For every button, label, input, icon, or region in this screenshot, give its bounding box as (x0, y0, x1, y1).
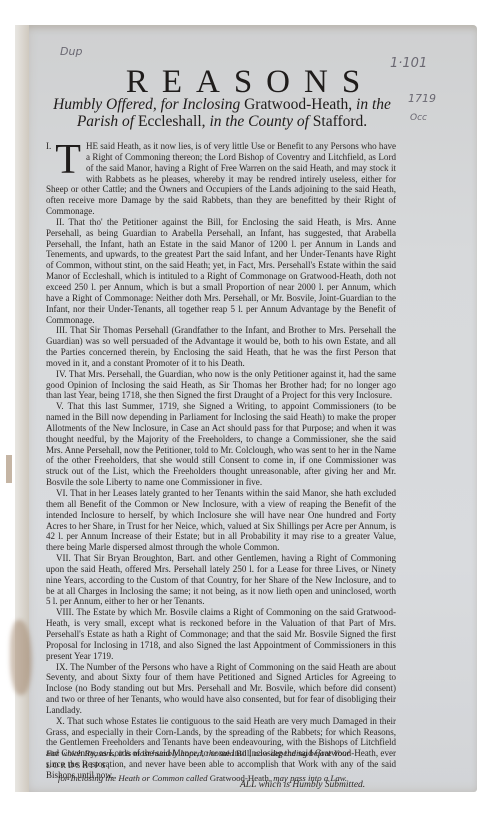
closing-text: now depending before Your (254, 748, 350, 758)
submitted-line: ALL which is Humbly Submitted. (240, 780, 365, 790)
subtitle-place-stafford: Stafford. (313, 113, 367, 130)
document-body: I. T HE said Heath, as it now lies, is o… (46, 141, 396, 781)
drop-cap: T (55, 143, 81, 177)
paragraph-number: V. (56, 401, 64, 411)
paragraph-text: That this last Summer, 1719, she Signed … (46, 401, 396, 487)
paragraph-number: VII. (56, 553, 71, 563)
paragraph-text: HE said Heath, as it now lies, is of ver… (46, 141, 396, 216)
subtitle-part: in the (356, 96, 391, 113)
paragraph-1: I. T HE said Heath, as it now lies, is o… (46, 141, 396, 217)
paragraph-3: III. That Sir Thomas Persehall (Grandfat… (46, 325, 396, 368)
paragraph-number: II. (56, 217, 64, 227)
paragraph-6: VI. That in her Leases lately granted to… (46, 488, 396, 553)
paragraph-2: II. That tho' the Petitioner against the… (46, 217, 396, 325)
closing-lordships: LORDSHIPS, (46, 761, 112, 770)
paragraph-number: VIII. (56, 607, 74, 617)
paragraph-8: VIII. The Estate by which Mr. Bosvile cl… (46, 607, 396, 661)
paragraph-number: IV. (56, 369, 67, 379)
subtitle-part: in the County of (209, 113, 308, 130)
margin-note-occ: Occ (410, 113, 427, 123)
paragraph-number: III. (56, 325, 67, 335)
paragraph-text: The Estate by which Mr. Bosvile claims a… (46, 607, 396, 660)
closing-text: For which Reasons, it is most humbly hop… (46, 748, 234, 758)
paragraph-7: VII. That Sir Bryan Broughton, Bart. and… (46, 553, 396, 607)
paragraph-number: X. (56, 716, 65, 726)
margin-note-dup: Dup (60, 45, 82, 58)
paragraph-number: IX. (56, 662, 68, 672)
subtitle-line-1: Humbly Offered, for Inclosing Gratwood-H… (48, 96, 396, 113)
closing-prayer: For which Reasons, it is most humbly hop… (46, 747, 396, 784)
paragraph-text: That Sir Bryan Broughton, Bart. and othe… (46, 553, 396, 606)
subtitle-place-eccleshall: Eccleshall, (138, 113, 206, 130)
closing-line-1: For which Reasons, it is most humbly hop… (46, 747, 396, 772)
paragraph-text: That in her Leases lately granted to her… (46, 488, 396, 552)
subtitle-part: Humbly Offered, for Inclosing (53, 96, 240, 113)
paper-tear (6, 455, 12, 483)
paragraph-text: That Mrs. Persehall, the Guardian, who n… (46, 369, 396, 401)
paragraph-text: That tho' the Petitioner against the Bil… (46, 217, 396, 325)
paragraph-text: That Sir Thomas Persehall (Grandfather t… (46, 325, 396, 368)
closing-bill: Bill, (236, 748, 251, 758)
paragraph-number: VI. (56, 488, 68, 498)
closing-text: for Inclosing the Heath or Common called (58, 773, 208, 783)
subtitle-line-2: Parish of Eccleshall, in the County of S… (48, 113, 396, 130)
subtitle-part: Parish of (77, 113, 134, 130)
paragraph-5: V. That this last Summer, 1719, she Sign… (46, 401, 396, 488)
paragraph-text: The Number of the Persons who have a Rig… (46, 662, 396, 715)
paragraph-number: I. (46, 141, 51, 152)
paragraph-4: IV. That Mrs. Persehall, the Guardian, w… (46, 369, 396, 402)
subtitle-place-gratwood: Gratwood-Heath, (244, 96, 352, 113)
document-subtitle: Humbly Offered, for Inclosing Gratwood-H… (48, 96, 396, 130)
paragraph-9: IX. The Number of the Persons who have a… (46, 662, 396, 716)
